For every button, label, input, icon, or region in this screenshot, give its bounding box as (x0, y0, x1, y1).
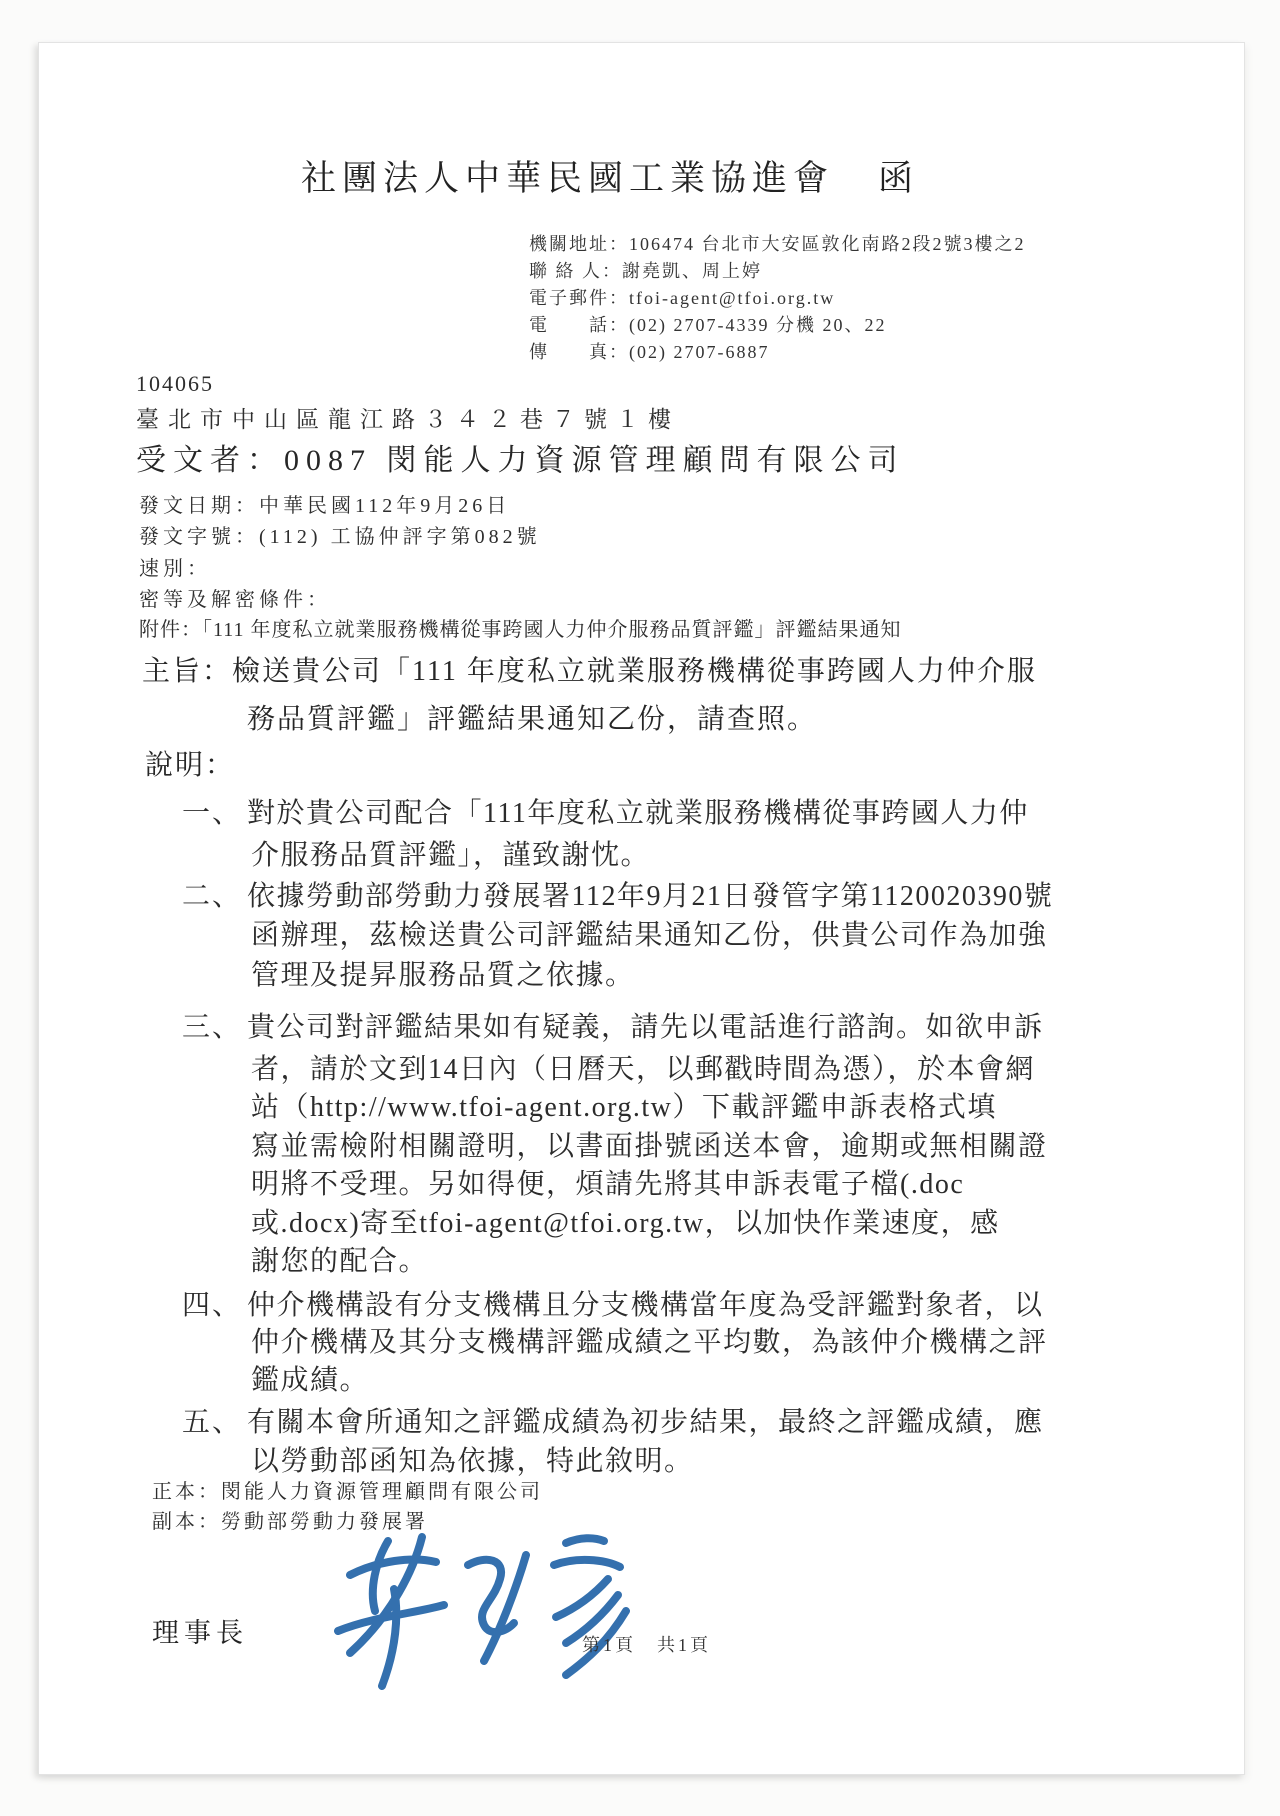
signature-stroke (566, 1538, 604, 1543)
chairman-label: 理事長 (152, 1611, 248, 1650)
attachment-line: 附件：「111 年度私立就業服務機構從事跨國人力仲介服務品質評鑑」評鑑結果通知 (139, 613, 902, 642)
chairman-signature (322, 1531, 642, 1711)
item-5-line-1: 有關本會所通知之評鑑成績為初步結果，最終之評鑑成績，應 (247, 1400, 1044, 1440)
speed-level: 速別： (139, 552, 211, 581)
item-4-line-1: 仲介機構設有分支機構且分支機構當年度為受評鑑對象者，以 (247, 1283, 1044, 1323)
sender-email: 電子郵件：tfoi-agent@tfoi.org.tw (529, 285, 1026, 312)
sender-phone: 電 話：(02) 2707-4339 分機 20、22 (529, 312, 1026, 339)
sender-fax: 傳 真：(02) 2707-6887 (529, 339, 1026, 366)
signature-stroke (468, 1560, 514, 1632)
explanation-label: 說明： (145, 743, 235, 783)
item-3-line-4: 寫並需檢附相關證明，以書面掛號函送本會，逾期或無相關證 (251, 1124, 1048, 1164)
item-4-line-2: 仲介機構及其分支機構評鑑成績之平均數，為該仲介機構之評 (251, 1320, 1048, 1360)
item-4-number: 四、 (182, 1283, 242, 1323)
item-2-line-1: 依據勞動部勞動力發展署112年9月21日發管字第1120020390號 (247, 874, 1053, 914)
item-3-line-5: 明將不受理。另如得便，煩請先將其申訴表電子檔(.doc (251, 1162, 964, 1202)
item-5-number: 五、 (182, 1400, 242, 1440)
item-2-line-2: 函辦理，茲檢送貴公司評鑑結果通知乙份，供貴公司作為加強 (251, 913, 1048, 953)
item-3-line-6: 或.docx)寄至tfoi-agent@tfoi.org.tw，以加快作業速度，… (251, 1201, 1000, 1241)
item-3-line-2: 者，請於文到14日內（日曆天，以郵戳時間為憑），於本會網 (251, 1047, 1035, 1087)
sender-address: 機關地址：106474 台北市大安區敦化南路2段2號3樓之2 (529, 231, 1026, 258)
original-recipient: 正本：閔能人力資源管理顧問有限公司 (152, 1475, 543, 1504)
signature-stroke (373, 1541, 388, 1611)
item-4-line-3: 鑑成績。 (251, 1358, 369, 1398)
sender-contact: 聯 絡 人：謝堯凱、周上婷 (529, 258, 1026, 285)
item-1-line-2: 介服務品質評鑑」，謹致謝忱。 (251, 833, 650, 873)
item-1-line-1: 對於貴公司配合「111年度私立就業服務機構從事跨國人力仲 (247, 791, 1029, 831)
issue-date: 發文日期：中華民國112年9月26日 (139, 489, 510, 518)
copy-recipient: 副本：勞動部勞動力發展署 (152, 1505, 428, 1534)
signature-stroke (554, 1560, 620, 1567)
subject-line-1: 主旨：檢送貴公司「111 年度私立就業服務機構從事跨國人力仲介服 (142, 649, 1037, 689)
item-3-number: 三、 (182, 1005, 242, 1045)
item-3-line-1: 貴公司對評鑑結果如有疑義，請先以電話進行諮詢。如欲申訴 (247, 1005, 1044, 1045)
org-name: 社團法人中華民國工業協進會 (301, 159, 834, 198)
item-3-line-7: 謝您的配合。 (251, 1239, 428, 1279)
subject-line-2: 務品質評鑑」評鑑結果通知乙份，請查照。 (247, 697, 817, 737)
page-number: 第1頁 共1頁 (582, 1631, 711, 1657)
doc-type: 函 (878, 159, 919, 198)
signature-stroke (350, 1537, 422, 1653)
item-2-number: 二、 (182, 874, 242, 914)
letter-title: 社團法人中華民國工業協進會函 (301, 151, 919, 201)
letter-page: 社團法人中華民國工業協進會函 機關地址：106474 台北市大安區敦化南路2段2… (38, 42, 1245, 1775)
sender-info-block: 機關地址：106474 台北市大安區敦化南路2段2號3樓之2 聯 絡 人：謝堯凱… (529, 231, 1026, 366)
recipient-postal-code: 104065 (136, 371, 214, 397)
item-3-line-3: 站（http://www.tfoi-agent.org.tw）下載評鑑申訴表格式… (251, 1085, 997, 1125)
item-2-line-3: 管理及提昇服務品質之依據。 (251, 953, 635, 993)
classification: 密等及解密條件： (139, 583, 331, 612)
item-5-line-2: 以勞動部函知為依據，特此敘明。 (251, 1439, 694, 1479)
doc-number: 發文字號：(112) 工協仲評字第082號 (139, 520, 541, 549)
signature-stroke (350, 1560, 436, 1575)
item-1-number: 一、 (182, 791, 242, 831)
recipient-line: 受文者：0087 閔能人力資源管理顧問有限公司 (136, 435, 905, 479)
recipient-address: 臺北市中山區龍江路３４２巷７號１樓 (136, 401, 680, 434)
